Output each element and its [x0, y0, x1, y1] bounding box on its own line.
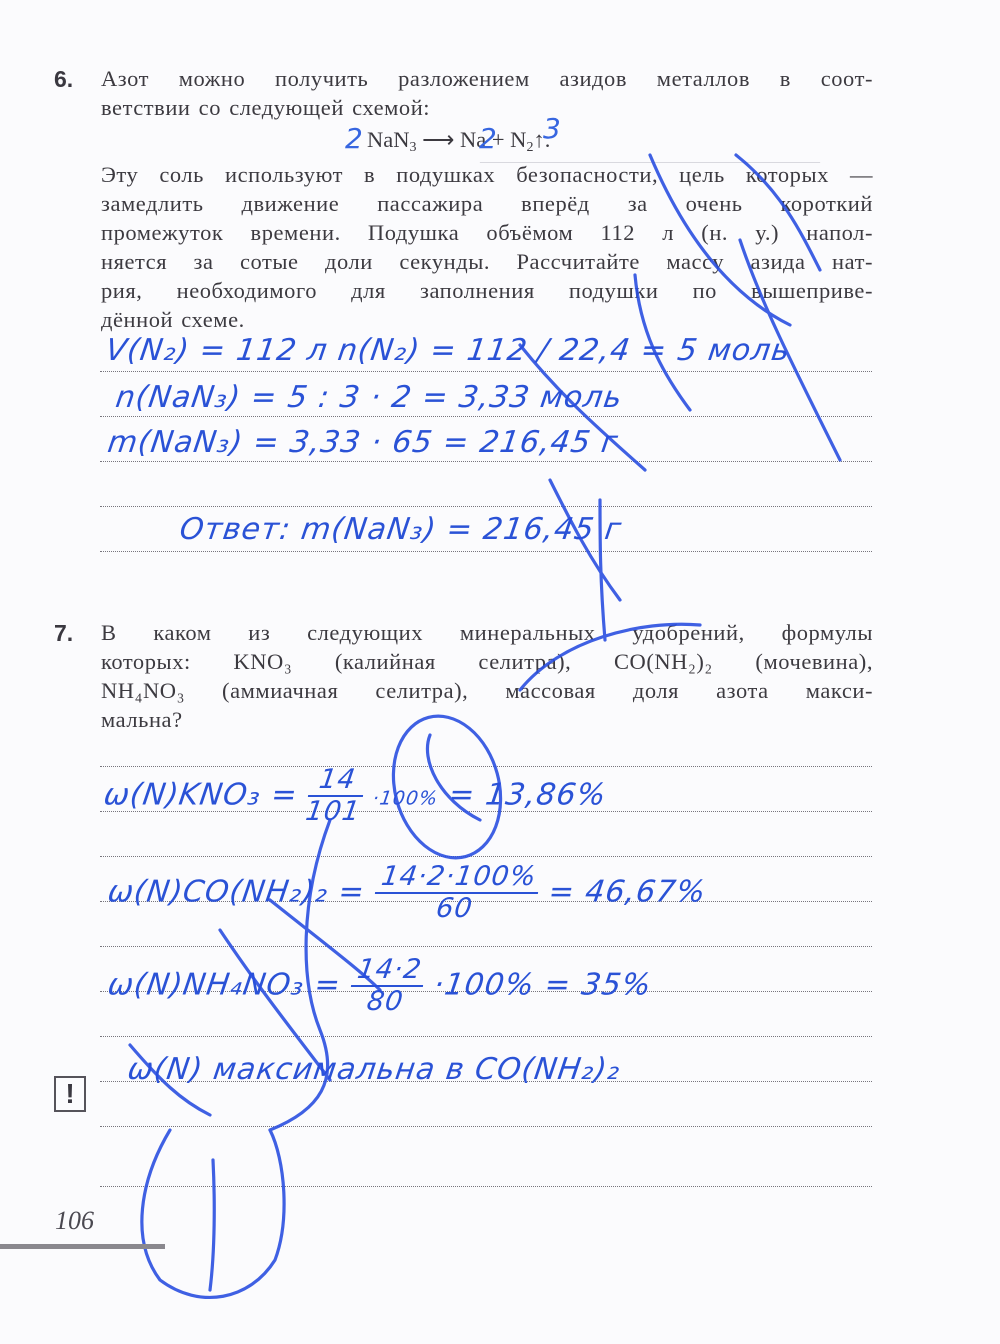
task-6-body-line: замедлить движение пассажира вперёд за о… — [101, 189, 873, 218]
ruled-line — [100, 1036, 872, 1037]
fraction-numerator: 14·2·100% — [375, 862, 542, 894]
task-6-body: Эту соль используют в подушках безопасно… — [101, 160, 873, 334]
task-6-body-line: промежуток времени. Подушка объёмом 112 … — [101, 218, 873, 247]
nh4no3-calculation: ω(N)NH₄NO₃ = 14·280 ·100% = 35% — [104, 955, 656, 1017]
fraction-numerator: 14·2 — [351, 955, 428, 987]
workbook-page: ――――――――――――――――― 6. Азот можно получить… — [0, 0, 1000, 1344]
important-note-icon: ! — [54, 1076, 86, 1112]
ruled-line — [100, 1126, 872, 1127]
coefficient-handwritten: 2 — [345, 122, 363, 155]
task-6-solution-line: V(N₂) = 112 л n(N₂) = 112 / 22,4 = 5 мол… — [104, 333, 793, 368]
reaction-arrow-icon: ⟶ — [422, 127, 454, 152]
kno3-calculation: ω(N)KNO₃ = 14101 ·100% = 13,86% — [100, 765, 611, 827]
urea-result: = 46,67% — [546, 875, 708, 910]
task-6-body-line: дённой схеме. — [101, 305, 873, 334]
task-6-solution-line: m(NaN₃) = 3,33 · 65 = 216,45 г — [106, 425, 621, 460]
fraction-denominator: 80 — [347, 987, 423, 1017]
task-6-intro: Азот можно получить разложением азидов м… — [101, 64, 873, 122]
task-6-body-line: рия, необходимого для заполнения подушки… — [101, 276, 873, 305]
task-7-conclusion: ω(N) максимальна в CO(NH₂)₂ — [126, 1052, 623, 1087]
page-number: 106 — [55, 1206, 94, 1236]
ruled-line — [100, 371, 872, 372]
coefficient-handwritten: 2 — [479, 122, 497, 155]
reaction-equation: NaN3 ⟶ Na + N2↑. — [367, 127, 550, 156]
coefficient-handwritten: 3 — [543, 112, 561, 145]
ruled-line — [100, 946, 872, 947]
kno3-label: ω(N)KNO₃ = — [102, 778, 300, 813]
task-6-intro-line: Азот можно получить разложением азидов м… — [101, 64, 873, 93]
task-6-body-line: Эту соль используют в подушках безопасно… — [101, 160, 873, 189]
kno3-multiplier: ·100% — [371, 788, 439, 810]
ruled-line — [100, 506, 872, 507]
urea-label: ω(N)CO(NH₂)₂ = — [106, 875, 368, 910]
task-7-question-line: В каком из следующих минеральных удобрен… — [101, 618, 873, 647]
nh4no3-label: ω(N)NH₄NO₃ = — [106, 968, 344, 1003]
task-6-answer: Ответ: m(NaN₃) = 216,45 г — [178, 512, 625, 547]
nh4no3-fraction: 14·280 — [347, 955, 428, 1017]
ruled-line — [100, 416, 872, 417]
reactant: NaN — [367, 127, 409, 152]
ruled-line — [100, 551, 872, 552]
nh4no3-multiplier: ·100% — [432, 968, 537, 1003]
urea-calculation: ω(N)CO(NH₂)₂ = 14·2·100%60 = 46,67% — [104, 862, 710, 924]
task-6-solution-line: n(NaN₃) = 5 : 3 · 2 = 3,33 моль — [114, 380, 625, 415]
fraction-denominator: 101 — [304, 797, 363, 827]
task-7-question-line: мальна? — [101, 705, 873, 734]
fraction-denominator: 60 — [371, 894, 538, 924]
task-7-number: 7. — [54, 620, 73, 647]
kno3-result: = 13,86% — [447, 778, 609, 813]
ruled-line — [100, 856, 872, 857]
ruled-line — [100, 461, 872, 462]
task-7-question-line: которых: KNO₃ (калийная селитра), CO(NH₂… — [101, 647, 873, 676]
nh4no3-result: = 35% — [543, 968, 654, 1003]
kno3-fraction: 14101 — [304, 765, 367, 827]
page-footer-rule — [0, 1244, 165, 1249]
task-6-intro-line: ветствии со следующей схемой: — [101, 93, 873, 122]
task-7-question-line: NH₄NO₃ (аммиачная селитра), массовая дол… — [101, 676, 873, 705]
urea-fraction: 14·2·100%60 — [371, 862, 543, 924]
reactant-subscript: 3 — [409, 140, 416, 155]
task-6-number: 6. — [54, 66, 73, 93]
task-6-body-line: няется за сотые доли секунды. Рассчитайт… — [101, 247, 873, 276]
fraction-numerator: 14 — [308, 765, 367, 797]
task-7-question: В каком из следующих минеральных удобрен… — [101, 618, 873, 734]
ruled-line — [100, 1186, 872, 1187]
